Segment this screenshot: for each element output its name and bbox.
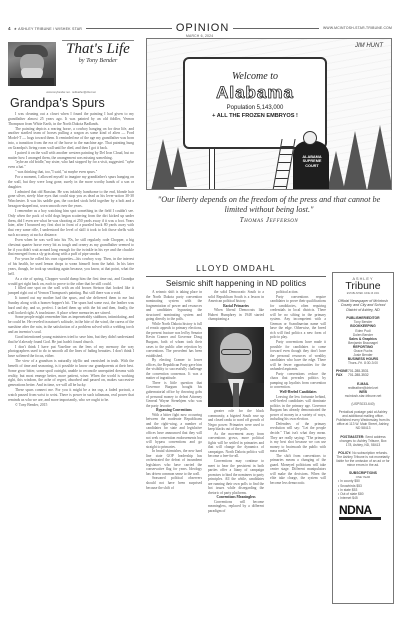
article-column-3: political action.Party conventions requi… <box>270 290 326 486</box>
tree <box>169 147 187 187</box>
paragraph: These spurs connect me. For you it might… <box>8 388 134 403</box>
postmaster-notice: POSTMASTER: Send address changes to: Ash… <box>336 435 390 447</box>
paragraph: Defenders of the primary revolution will… <box>270 422 326 454</box>
staff-list: PUBLISHER/EDITORTony BenderBOOKKEEPINGEd… <box>336 316 390 365</box>
paragraph: greater role for the black community, a … <box>208 409 264 432</box>
paragraph: Party conventions reduce the chaos that … <box>270 372 326 390</box>
headline: Grandpa's Spurs <box>10 96 134 110</box>
paragraph: the solid Democratic South to a solid Re… <box>208 290 264 304</box>
byline: by Tony Bender <box>62 57 134 64</box>
paragraph: A seismic shift is taking place in the N… <box>146 290 202 322</box>
judge-head <box>303 131 317 145</box>
established: ESTABLISHED JUNE 26 1901 <box>336 292 390 295</box>
tree <box>367 125 392 190</box>
masthead: 4★ ASHLEY TRIBUNE / WISHEK STAR OPINION … <box>8 22 392 34</box>
paragraph: Party conventions require candidates to … <box>270 295 326 340</box>
masthead-left: 4★ ASHLEY TRIBUNE / WISHEK STAR <box>8 26 82 31</box>
column-name: That's Life <box>62 42 134 56</box>
columnist-photo <box>208 327 264 407</box>
paragraph: For a moment, I allowed myself to imagin… <box>8 175 134 190</box>
paragraph: Seasoned political observers should not … <box>146 476 202 490</box>
paragraph: As a rite of spring, Chopper would dump … <box>8 277 134 287</box>
paragraph: Party conventions have made it possible … <box>270 340 326 372</box>
subscription-rates: • In county $50• Snowbirds $53• In state… <box>336 479 390 500</box>
author-photo <box>8 42 56 86</box>
paragraph: It turned out my mother had the spurs, a… <box>8 296 134 315</box>
periodical-notice: Periodical postage paid at Ashley and ad… <box>336 410 390 430</box>
quote-attribution: Thomas Jefferson <box>146 216 392 224</box>
tree <box>343 131 367 190</box>
paragraph: For years he rolled his own cigarettes—h… <box>8 257 134 276</box>
masthead-rule <box>86 28 172 29</box>
website-link[interactable]: WWW.MCINTOSH-STAR-TRIBUNE.COM <box>323 26 392 30</box>
divider <box>146 276 326 277</box>
paragraph: Some people might remember him as impene… <box>8 315 134 334</box>
sign-welcome: Welcome to <box>232 71 278 82</box>
editorial-cartoon: JIM HUNT Welcome to Alabama Population 5… <box>146 38 392 190</box>
fax: 701-288-3532 <box>348 373 369 377</box>
paragraph: Conventions may continue to meet to hear… <box>208 459 264 495</box>
staff-box: ASHLEY Tribune ESTABLISHED JUNE 26 1901 … <box>332 272 394 604</box>
robe-label: ALABAMA SUPREME COURT <box>297 155 327 168</box>
article-column-2-bottom: greater role for the black community, a … <box>208 409 264 514</box>
column-logo: That's Life by Tony Bender <box>56 38 134 90</box>
paragraph: Leaving the less fortunate behind, well-… <box>270 395 326 422</box>
paragraph: There is little question that Governor B… <box>146 381 202 408</box>
sign-state: Alabama <box>216 83 294 103</box>
page-number: 4 <box>8 26 11 31</box>
paragraph: I paired it on the wall with another wes… <box>8 151 134 161</box>
columnist-name: LLOYD OMDAHL <box>146 264 326 273</box>
paragraph: Good intentioned young ministers tried t… <box>8 335 134 345</box>
paragraph: While North Dakota history is full of er… <box>146 322 202 358</box>
paragraph: By electing Cramer to lower offices, the… <box>146 358 202 381</box>
policy-notice: POLICY: No subscription refunds. The Ash… <box>336 451 390 467</box>
sign-population: Population 5,143,000 <box>227 105 284 111</box>
subscription-rate: • Internet $45 <box>338 496 390 500</box>
sign-post <box>209 147 215 190</box>
paragraph: In brutal skirmishes, the new hard line … <box>146 449 202 476</box>
paragraph: When liberal Democrats like Hubert Humph… <box>208 308 264 322</box>
section-title-wrap: OPINION <box>176 23 229 33</box>
paragraph: As the movement away from conventions gr… <box>208 432 264 459</box>
paragraph: Even when he was well into his 70s, he s… <box>8 238 134 257</box>
article-column-2-top: the solid Democratic South to a solid Re… <box>208 290 264 322</box>
column-thats-life: That's Life by Tony Bender www.tonybende… <box>8 38 134 407</box>
tree <box>327 151 345 190</box>
paragraph: I filled one spot on the wall with an ol… <box>8 286 134 296</box>
article-column-1: A seismic shift is taking place in the N… <box>146 290 202 490</box>
headline: Seismic shift happening in ND politics <box>146 279 326 288</box>
masthead-rule <box>233 28 319 29</box>
cartoonist-signature: JIM HUNT <box>355 43 383 49</box>
paragraph: The view of a grandson is naturally idyl… <box>8 359 134 388</box>
author-contact: www.tonybender.net · redfeather@drtel.ne… <box>8 91 134 94</box>
paragraph: Conventions will become meaningless, rep… <box>208 500 264 514</box>
section-title: OPINION <box>176 23 229 33</box>
paragraph: I admired that old Russian. He was inkis… <box>8 190 134 209</box>
paragraph: The shift from conventions to primaries … <box>270 454 326 486</box>
paper-names: ★ ASHLEY TRIBUNE / WISHEK STAR <box>14 27 82 31</box>
paragraph: "aybe an old bridle,"my sister, who had … <box>8 160 134 170</box>
paragraph: I remember as a boy watching him spot so… <box>8 209 134 238</box>
article-body: I was cleaning out a closet when I found… <box>8 112 134 407</box>
paragraph: The painting depicts a rearing horse, a … <box>8 127 134 151</box>
ndna-logo: NDNA <box>336 505 390 519</box>
jefferson-quote: "Our liberty depends on the freedom of t… <box>146 195 392 214</box>
paper-name: Tribune <box>336 281 390 292</box>
paragraph: With a bitter fight now occurring betwee… <box>146 413 202 449</box>
copyright: © Tony Bender, 2015 <box>8 403 134 408</box>
paragraph: I don't think I have put Vaseline on the… <box>8 345 134 360</box>
official-notice: Official Newspaper of McIntosh County an… <box>336 299 390 312</box>
sign-embryos: + ALL THE FROZEN EMBRYOS ! <box>212 113 298 119</box>
paragraph: I was cleaning out a closet when I found… <box>8 112 134 127</box>
column-header: That's Life by Tony Bender <box>8 38 134 90</box>
